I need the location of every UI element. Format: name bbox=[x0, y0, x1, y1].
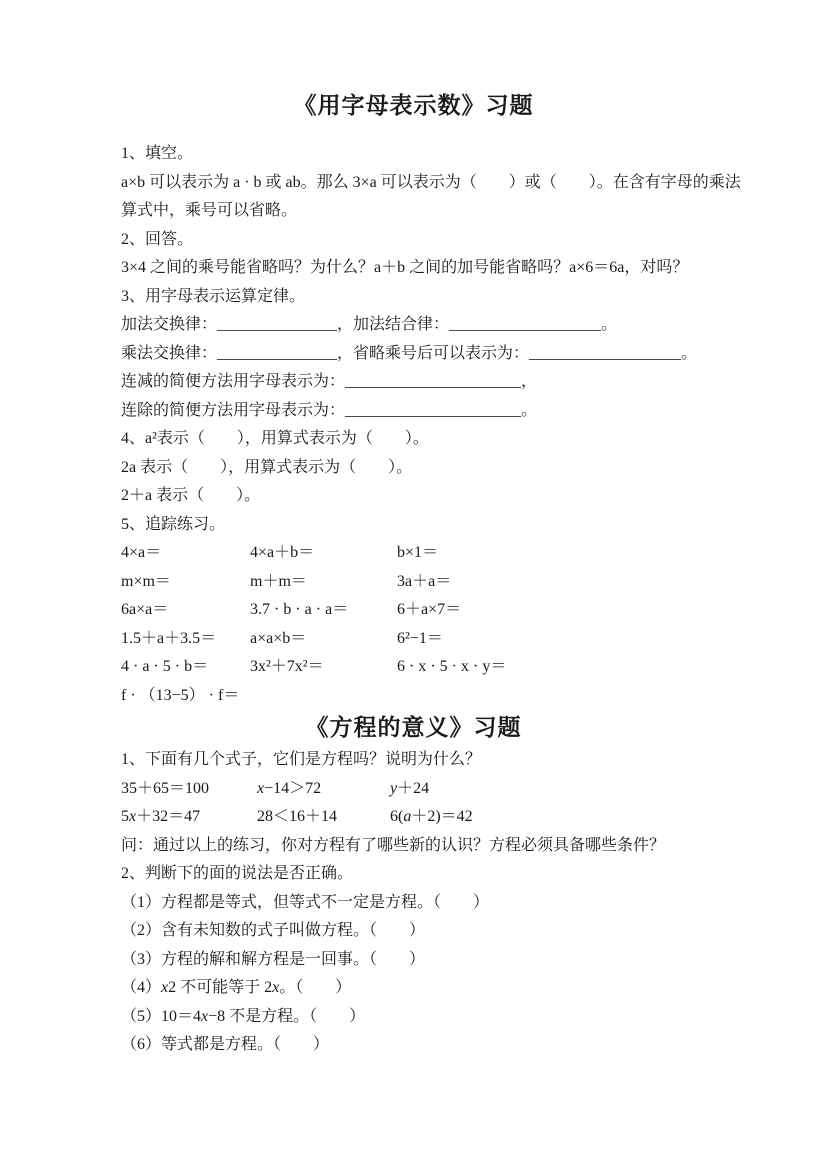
answer-line-1: 3×4 之间的乘号能省略吗？为什么？a＋b 之间的加号能省略吗？a×6＝6a，对… bbox=[121, 254, 706, 283]
practice-row: 4 · a · 5 · b＝ 3x²＋7x²＝ 6 · x · 5 · x · … bbox=[121, 653, 706, 682]
judge-item-6: （6）等式都是方程。（ ） bbox=[121, 1031, 706, 1060]
practice-row: m×m＝ m＋m＝ 3a＋a＝ bbox=[121, 568, 706, 597]
judge-item-5: （5）10＝4x−8 不是方程。（ ） bbox=[121, 1003, 706, 1032]
worksheet-content: 《用字母表示数》习题 1、填空。 a×b 可以表示为 a · b 或 ab。那么… bbox=[121, 0, 706, 1060]
expression-row: 5x＋32＝47 28＜16＋14 6(a＋2)＝42 bbox=[121, 803, 706, 832]
practice-row: f · （13−5） · f＝ bbox=[121, 682, 706, 711]
practice-cell: m×m＝ bbox=[121, 568, 250, 597]
worksheet2-title: 《方程的意义》习题 bbox=[121, 710, 706, 746]
practice-cell: 4 · a · 5 · b＝ bbox=[121, 653, 250, 682]
expression-list: 35＋65＝100 x−14＞72 y＋24 5x＋32＝47 28＜16＋14… bbox=[121, 775, 706, 832]
practice-grid: 4×a＝ 4×a＋b＝ b×1＝ m×m＝ m＋m＝ 3a＋a＝ 6a×a＝ 3… bbox=[121, 539, 706, 710]
laws-blank-line-2: 乘法交换律：_______________，省略乘号后可以表示为：_______… bbox=[121, 340, 706, 369]
practice-cell bbox=[397, 682, 706, 711]
laws-blank-line-4: 连除的简便方法用字母表示为：______________________。 bbox=[121, 397, 706, 426]
expression-cell: x−14＞72 bbox=[257, 775, 390, 804]
expression-cell: 28＜16＋14 bbox=[257, 803, 390, 832]
practice-cell: a×a×b＝ bbox=[250, 625, 397, 654]
laws-blank-line-1: 加法交换律：_______________，加法结合律：____________… bbox=[121, 311, 706, 340]
expression-cell: 6(a＋2)＝42 bbox=[390, 803, 706, 832]
fill-in-line-2: 算式中，乘号可以省略。 bbox=[121, 197, 706, 226]
doc2-ask-line: 问：通过以上的练习，你对方程有了哪些新的认识？方程必须具备哪些条件？ bbox=[121, 832, 706, 861]
practice-row: 1.5＋a＋3.5＝ a×a×b＝ 6²−1＝ bbox=[121, 625, 706, 654]
judge-item-3: （3）方程的解和解方程是一回事。（ ） bbox=[121, 946, 706, 975]
expression-cell: y＋24 bbox=[390, 775, 706, 804]
practice-cell: 3a＋a＝ bbox=[397, 568, 706, 597]
practice-cell: f · （13−5） · f＝ bbox=[121, 682, 250, 711]
laws-heading: 3、用字母表示运算定律。 bbox=[121, 283, 706, 312]
practice-cell: 3.7 · b · a · a＝ bbox=[250, 596, 397, 625]
practice-heading: 5、追踪练习。 bbox=[121, 511, 706, 540]
fill-in-heading: 1、填空。 bbox=[121, 140, 706, 169]
answer-heading: 2、回答。 bbox=[121, 226, 706, 255]
judge-item-4: （4）x2 不可能等于 2x。（ ） bbox=[121, 974, 706, 1003]
practice-cell: 4×a＝ bbox=[121, 539, 250, 568]
practice-cell: b×1＝ bbox=[397, 539, 706, 568]
doc2-q2-heading: 2、判断下的面的说法是否正确。 bbox=[121, 860, 706, 889]
meaning-line-3: 2＋a 表示（ ）。 bbox=[121, 482, 706, 511]
judge-item-1: （1）方程都是等式，但等式不一定是方程。（ ） bbox=[121, 889, 706, 918]
fill-in-line-1: a×b 可以表示为 a · b 或 ab。那么 3×a 可以表示为（ ）或（ ）… bbox=[121, 169, 706, 198]
practice-cell: 3x²＋7x²＝ bbox=[250, 653, 397, 682]
practice-cell: 6 · x · 5 · x · y＝ bbox=[397, 653, 706, 682]
practice-row: 4×a＝ 4×a＋b＝ b×1＝ bbox=[121, 539, 706, 568]
meaning-line-2: 2a 表示（ ），用算式表示为（ ）。 bbox=[121, 454, 706, 483]
practice-cell: 6a×a＝ bbox=[121, 596, 250, 625]
practice-cell: 1.5＋a＋3.5＝ bbox=[121, 625, 250, 654]
judge-item-2: （2）含有未知数的式子叫做方程。（ ） bbox=[121, 917, 706, 946]
practice-cell: 4×a＋b＝ bbox=[250, 539, 397, 568]
doc2-q1-heading: 1、下面有几个式子，它们是方程吗？说明为什么？ bbox=[121, 746, 706, 775]
laws-blank-line-3: 连减的简便方法用字母表示为：______________________， bbox=[121, 368, 706, 397]
worksheet1-title: 《用字母表示数》习题 bbox=[121, 90, 706, 122]
meaning-line-1: 4、a²表示（ ），用算式表示为（ ）。 bbox=[121, 425, 706, 454]
expression-cell: 35＋65＝100 bbox=[121, 775, 257, 804]
expression-row: 35＋65＝100 x−14＞72 y＋24 bbox=[121, 775, 706, 804]
practice-cell: m＋m＝ bbox=[250, 568, 397, 597]
practice-cell: 6²−1＝ bbox=[397, 625, 706, 654]
practice-cell: 6＋a×7＝ bbox=[397, 596, 706, 625]
practice-row: 6a×a＝ 3.7 · b · a · a＝ 6＋a×7＝ bbox=[121, 596, 706, 625]
expression-cell: 5x＋32＝47 bbox=[121, 803, 257, 832]
practice-cell bbox=[250, 682, 397, 711]
worksheet-page: 《用字母表示数》习题 1、填空。 a×b 可以表示为 a · b 或 ab。那么… bbox=[0, 0, 827, 1169]
